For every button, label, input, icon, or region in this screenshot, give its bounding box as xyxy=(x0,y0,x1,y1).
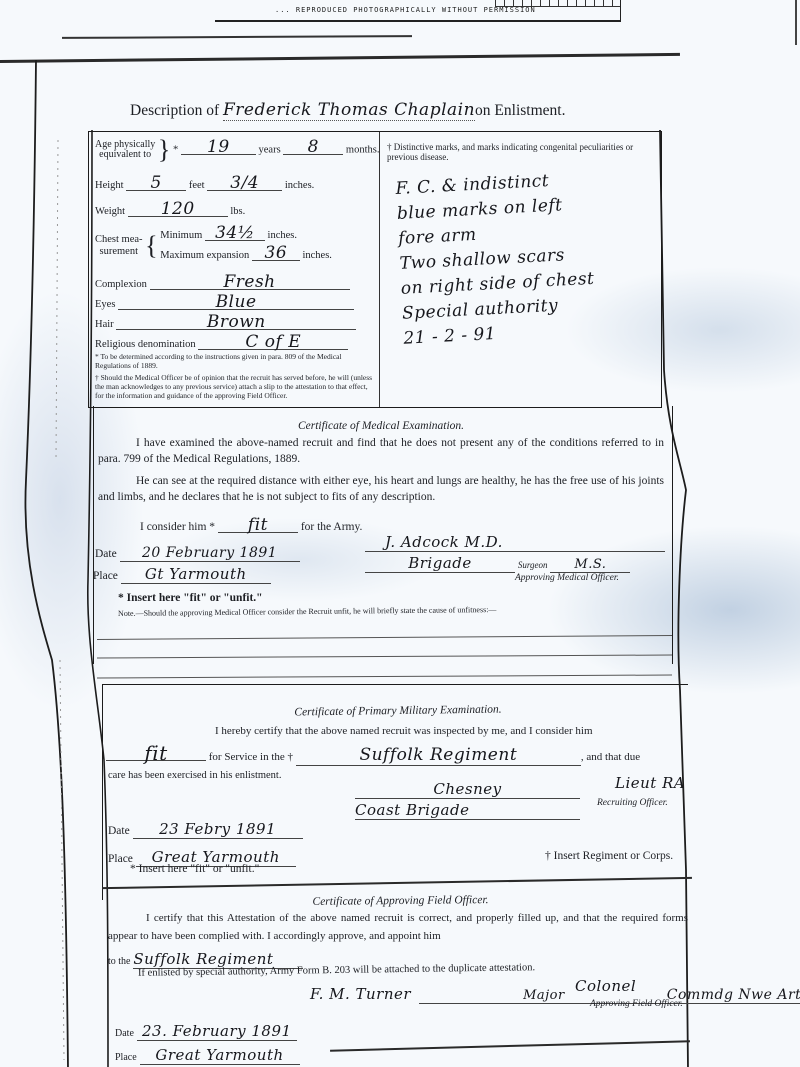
recruiting-officer-label: Recruiting Officer. xyxy=(597,798,668,808)
chest-max-value: 36 xyxy=(252,246,300,261)
chest-min-value: 34½ xyxy=(205,226,265,241)
primary-line-1: I hereby certify that the above named re… xyxy=(215,725,593,737)
title-prefix: Description of xyxy=(130,102,219,119)
complexion-field: Complexion Fresh xyxy=(95,275,350,290)
service-suffix: , and that due xyxy=(581,751,640,763)
place-label: Place xyxy=(93,570,118,582)
service-prefix: for Service in the † xyxy=(209,751,293,763)
medical-para-1: I have examined the above-named recruit … xyxy=(98,435,664,467)
age-field: Age physically equivalent to } * 19 year… xyxy=(95,140,379,160)
primary-date-value: 23 Febry 1891 xyxy=(133,820,303,839)
recruiting-rank: Lieut RA xyxy=(615,774,685,792)
surgeon-label: Surgeon xyxy=(518,560,548,570)
complexion-label: Complexion xyxy=(95,279,147,290)
chest-max-unit: inches. xyxy=(302,250,331,261)
hair-field: Hair Brown xyxy=(95,315,356,330)
eyes-value: Blue xyxy=(118,295,354,310)
recruiting-signature-block: Chesney Lieut RA Coast Brigade Recruitin… xyxy=(355,780,580,820)
hair-value: Brown xyxy=(116,315,356,330)
primary-date: Date 23 Febry 1891 xyxy=(108,820,303,839)
field-officer-certificate: Certificate of Approving Field Officer. … xyxy=(108,895,693,945)
title-suffix: on Enlistment. xyxy=(475,102,565,119)
religion-label: Religious denomination xyxy=(95,339,196,350)
weight-unit: lbs. xyxy=(230,206,245,217)
years-label: years xyxy=(259,144,281,155)
date-label: Date xyxy=(108,825,130,837)
column-divider xyxy=(379,132,380,407)
footnote-marker: * xyxy=(173,144,178,155)
field-officer-signature-block: F. M. Turner Major Colonel Approving Fie… xyxy=(310,985,800,1004)
age-label-2: equivalent to xyxy=(99,149,151,160)
primary-insert-note: * Insert here "fit" or "unfit." xyxy=(130,865,259,874)
field-officer-date: Date 23. February 1891 xyxy=(115,1022,297,1041)
field-officer-date-value: 23. February 1891 xyxy=(137,1022,297,1041)
to-the-label: to the xyxy=(108,956,131,967)
service-regiment-value: Suffolk Regiment xyxy=(296,745,581,766)
field-officer-title: Certificate of Approving Field Officer. xyxy=(108,892,693,910)
age-years-value: 19 xyxy=(181,140,256,155)
religion-value: C of E xyxy=(198,335,348,350)
regiment-insert-note: † Insert Regiment or Corps. xyxy=(545,852,673,861)
complexion-value: Fresh xyxy=(150,275,350,290)
height-field: Height 5 feet 3/4 inches. xyxy=(95,176,314,191)
chest-label: Chest mea- xyxy=(95,234,143,245)
consider-label: I consider him * xyxy=(140,521,215,533)
chest-field: Chest mea- surement { Minimum 34½ inches… xyxy=(95,226,332,266)
medical-insert-note: * Insert here "fit" or "unfit." xyxy=(118,594,263,603)
age-months-value: 8 xyxy=(283,140,343,155)
footnote-star: * To be determined according to the inst… xyxy=(95,352,373,370)
brace-icon: } xyxy=(158,135,170,164)
months-label: months. xyxy=(346,144,380,155)
field-officer-place-value: Great Yarmouth xyxy=(140,1046,300,1065)
chest-min-label: Minimum xyxy=(160,230,202,241)
page-edge-right xyxy=(795,0,797,45)
recruiting-unit: Coast Brigade xyxy=(355,801,580,820)
weight-value: 120 xyxy=(128,202,228,217)
chest-label-2: surement xyxy=(100,246,139,257)
field-officer-unit: Commdg Nwe Artly ES xyxy=(667,987,800,1004)
brace-icon: { xyxy=(145,231,157,260)
chest-min-unit: inches. xyxy=(268,230,297,241)
description-box: Age physically equivalent to } * 19 year… xyxy=(88,131,662,408)
height-inches-value: 3/4 xyxy=(207,176,282,191)
approving-medical-officer-label: Approving Medical Officer. xyxy=(515,573,665,583)
weight-field: Weight 120 lbs. xyxy=(95,202,245,217)
fitness-value: fit xyxy=(218,518,298,533)
distinctive-marks-label: † Distinctive marks, and marks indicatin… xyxy=(387,142,649,162)
date-label: Date xyxy=(115,1028,134,1039)
feet-label: feet xyxy=(189,180,205,191)
approving-field-officer-label: Approving Field Officer. xyxy=(590,999,683,1009)
medical-date-value: 20 February 1891 xyxy=(120,545,300,562)
weight-label: Weight xyxy=(95,206,125,217)
medical-signature: J. Adcock M.D. xyxy=(365,533,665,552)
medical-certificate: Certificate of Medical Examination. I ha… xyxy=(98,420,664,505)
consider-line: I consider him * fit for the Army. xyxy=(140,518,362,533)
colonel-label: Colonel xyxy=(575,977,636,995)
field-officer-signature: F. M. Turner xyxy=(310,985,411,1003)
religion-field: Religious denomination C of E xyxy=(95,335,348,350)
medical-para-2: He can see at the required distance with… xyxy=(98,473,664,505)
primary-service-line: fit for Service in the † Suffolk Regimen… xyxy=(106,745,640,766)
field-officer-place: Place Great Yarmouth xyxy=(115,1046,300,1065)
height-feet-value: 5 xyxy=(126,176,186,191)
medical-rank: Brigade xyxy=(365,554,515,573)
primary-fit-value: fit xyxy=(106,746,206,761)
previous-page-strip: ... REPRODUCED PHOTOGRAPHICALLY WITHOUT … xyxy=(215,0,621,22)
eyes-field: Eyes Blue xyxy=(95,295,354,310)
for-army-label: for the Army. xyxy=(301,521,363,533)
page-title: Description of Frederick Thomas Chaplain… xyxy=(130,100,565,121)
recruit-name: Frederick Thomas Chaplain xyxy=(223,100,475,121)
medical-signature-block: J. Adcock M.D. Brigade Surgeon M.S. Appr… xyxy=(365,533,665,583)
hair-label: Hair xyxy=(95,319,114,330)
field-officer-para: I certify that this Attestation of the a… xyxy=(108,909,688,945)
date-label: Date xyxy=(95,548,117,560)
care-line: care has been exercised in his enlistmen… xyxy=(108,770,281,781)
medical-title: Certificate of Medical Examination. xyxy=(98,420,664,432)
medical-place: Place Gt Yarmouth xyxy=(93,565,271,584)
primary-certificate: Certificate of Primary Military Examinat… xyxy=(108,705,688,717)
distinctive-marks-value: F. C. & indistinct blue marks on left fo… xyxy=(395,163,664,351)
place-label: Place xyxy=(115,1052,137,1063)
footnote-dagger: † Should the Medical Officer be of opini… xyxy=(95,373,373,400)
eyes-label: Eyes xyxy=(95,299,115,310)
medical-place-value: Gt Yarmouth xyxy=(121,565,271,584)
height-label: Height xyxy=(95,180,124,191)
medical-date: Date 20 February 1891 xyxy=(95,545,300,562)
chest-max-label: Maximum expansion xyxy=(160,250,249,261)
inches-label: inches. xyxy=(285,180,314,191)
recruiting-signature: Chesney xyxy=(355,780,580,799)
reproduction-notice: ... REPRODUCED PHOTOGRAPHICALLY WITHOUT … xyxy=(275,6,536,14)
surgeon-suffix: M.S. xyxy=(550,557,630,573)
